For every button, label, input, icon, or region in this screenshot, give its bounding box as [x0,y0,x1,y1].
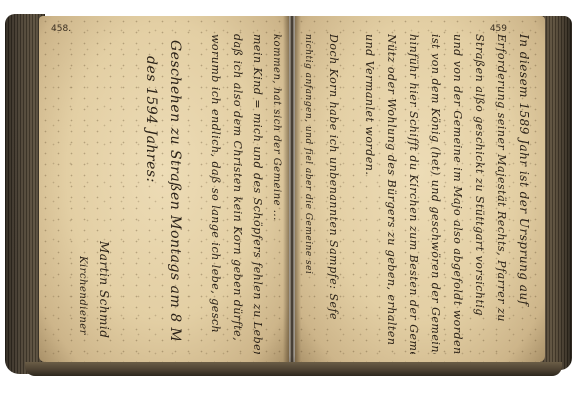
handwritten-line: Geschehen zu Straßen Montags am 8 Michae… [167,40,183,340]
handwritten-line: Doch Korn habe ich unbenannten Sampfe: S… [327,34,340,354]
handwritten-line: worumb ich endlich, daß so lange ich leb… [209,34,222,334]
bottom-page-edges [25,362,562,376]
handwritten-line: ist von dem König (het) und geschwören d… [429,34,442,354]
handwritten-line: In diesem 1589 Jahr ist der Ursprung auf [517,34,531,354]
handwritten-line: und von der Gemeine im Majo also abgefol… [451,34,464,354]
handwritten-line: daß ich also dem Christen kein Korn gebe… [231,34,244,354]
right-page: 459 In diesem 1589 Jahr ist der Ursprung… [295,16,545,362]
open-book: 458. kommen, hat sich der Gemeine ... me… [5,12,572,376]
handwritten-line: mein Kind = mich und des Schöpfers fehle… [251,34,264,354]
handwritten-line: und Vermanlet worden. [363,34,376,234]
handwritten-line: des 1594 Jahres: [143,56,159,196]
handwritten-line: nichtig anfangen, und fiel aber die Geme… [303,34,313,354]
signature: Martin Schmid [97,241,111,341]
handwritten-line: Nütz oder Wohlung des Bürgers zu geben, … [385,34,398,354]
handwritten-line: Straßen alßo geschickt zu Stüttgart vors… [473,34,486,354]
left-page: 458. kommen, hat sich der Gemeine ... me… [39,16,289,362]
handwritten-line: Erforderung seiner Majestät Rechts, Pfar… [495,34,508,354]
book-gutter [283,16,301,362]
left-page-text: kommen, hat sich der Gemeine ... mein Ki… [39,16,289,362]
handwritten-line: hinführ hier Schifft du Kirchen zum Best… [407,34,420,354]
right-page-text: In diesem 1589 Jahr ist der Ursprung auf… [295,16,545,362]
signature-title: Kirchendiener [77,256,88,346]
handwritten-line: kommen, hat sich der Gemeine ... [271,34,282,354]
